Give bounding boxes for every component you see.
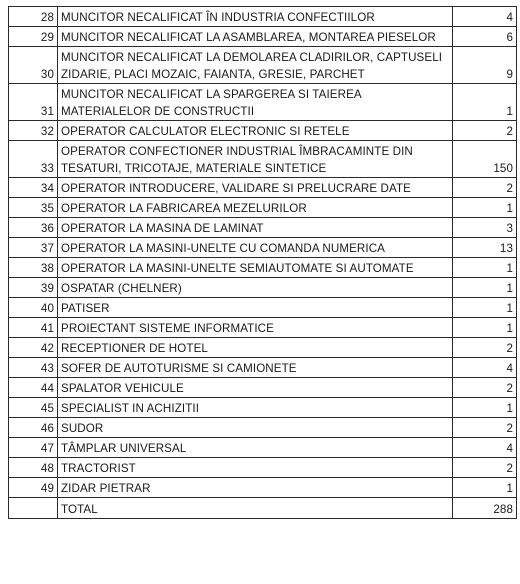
table-row: 34 OPERATOR INTRODUCERE, VALIDARE SI PRE… xyxy=(9,178,517,198)
row-number-cell: 43 xyxy=(9,358,58,378)
count-cell: 4 xyxy=(453,438,517,458)
count-cell: 4 xyxy=(453,358,517,378)
table-row: 33 OPERATOR CONFECTIONER INDUSTRIAL ÎMBR… xyxy=(9,141,517,178)
occupation-cell: TÂMPLAR UNIVERSAL xyxy=(58,438,453,458)
occupation-cell: OPERATOR LA MASINA DE LAMINAT xyxy=(58,218,453,238)
occupation-cell: OPERATOR CALCULATOR ELECTRONIC SI RETELE xyxy=(58,121,453,141)
table-row: 43 SOFER DE AUTOTURISME SI CAMIONETE 4 xyxy=(9,358,517,378)
occupation-cell: OPERATOR LA MASINI-UNELTE CU COMANDA NUM… xyxy=(58,238,453,258)
occupation-cell: MUNCITOR NECALIFICAT LA ASAMBLAREA, MONT… xyxy=(58,27,453,47)
count-cell: 2 xyxy=(453,121,517,141)
count-cell: 2 xyxy=(453,178,517,198)
table-row: 37 OPERATOR LA MASINI-UNELTE CU COMANDA … xyxy=(9,238,517,258)
row-number-cell: 31 xyxy=(9,84,58,121)
count-cell: 3 xyxy=(453,218,517,238)
table-row: 47 TÂMPLAR UNIVERSAL 4 xyxy=(9,438,517,458)
row-number-cell: 28 xyxy=(9,7,58,27)
job-vacancies-sheet: 28 MUNCITOR NECALIFICAT ÎN INDUSTRIA CON… xyxy=(8,6,516,519)
count-cell: 1 xyxy=(453,298,517,318)
count-cell: 150 xyxy=(453,141,517,178)
table-row: 39 OSPATAR (CHELNER) 1 xyxy=(9,278,517,298)
occupation-cell: OPERATOR CONFECTIONER INDUSTRIAL ÎMBRACA… xyxy=(58,141,453,178)
table-row: 31 MUNCITOR NECALIFICAT LA SPARGEREA SI … xyxy=(9,84,517,121)
table-row: 46 SUDOR 2 xyxy=(9,418,517,438)
occupation-cell: OPERATOR LA MASINI-UNELTE SEMIAUTOMATE S… xyxy=(58,258,453,278)
table-row: 40 PATISER 1 xyxy=(9,298,517,318)
count-cell: 13 xyxy=(453,238,517,258)
occupation-cell: PROIECTANT SISTEME INFORMATICE xyxy=(58,318,453,338)
occupation-cell: PATISER xyxy=(58,298,453,318)
table-row: 42 RECEPTIONER DE HOTEL 2 xyxy=(9,338,517,358)
count-cell: 1 xyxy=(453,398,517,418)
table-row: 36 OPERATOR LA MASINA DE LAMINAT 3 xyxy=(9,218,517,238)
row-number-cell: 30 xyxy=(9,47,58,84)
row-number-cell: 45 xyxy=(9,398,58,418)
occupation-cell: OPERATOR LA FABRICAREA MEZELURILOR xyxy=(58,198,453,218)
occupation-cell: SOFER DE AUTOTURISME SI CAMIONETE xyxy=(58,358,453,378)
table-row: 32 OPERATOR CALCULATOR ELECTRONIC SI RET… xyxy=(9,121,517,141)
table-row: 44 SPALATOR VEHICULE 2 xyxy=(9,378,517,398)
total-count-cell: 288 xyxy=(453,498,517,519)
count-cell: 1 xyxy=(453,478,517,498)
occupation-cell: SPALATOR VEHICULE xyxy=(58,378,453,398)
count-cell: 2 xyxy=(453,418,517,438)
row-number-cell: 35 xyxy=(9,198,58,218)
occupation-cell: TRACTORIST xyxy=(58,458,453,478)
table-row: 41 PROIECTANT SISTEME INFORMATICE 1 xyxy=(9,318,517,338)
row-number-cell: 49 xyxy=(9,478,58,498)
count-cell: 1 xyxy=(453,198,517,218)
job-vacancies-table: 28 MUNCITOR NECALIFICAT ÎN INDUSTRIA CON… xyxy=(8,6,517,519)
occupation-cell: MUNCITOR NECALIFICAT ÎN INDUSTRIA CONFEC… xyxy=(58,7,453,27)
row-number-cell: 36 xyxy=(9,218,58,238)
row-number-cell: 46 xyxy=(9,418,58,438)
row-number-cell: 41 xyxy=(9,318,58,338)
count-cell: 1 xyxy=(453,318,517,338)
total-number-cell xyxy=(9,498,58,519)
row-number-cell: 40 xyxy=(9,298,58,318)
table-row: 35 OPERATOR LA FABRICAREA MEZELURILOR 1 xyxy=(9,198,517,218)
row-number-cell: 42 xyxy=(9,338,58,358)
table-row: 49 ZIDAR PIETRAR 1 xyxy=(9,478,517,498)
count-cell: 6 xyxy=(453,27,517,47)
occupation-cell: RECEPTIONER DE HOTEL xyxy=(58,338,453,358)
occupation-cell: OPERATOR INTRODUCERE, VALIDARE SI PRELUC… xyxy=(58,178,453,198)
row-number-cell: 37 xyxy=(9,238,58,258)
row-number-cell: 29 xyxy=(9,27,58,47)
occupation-cell: MUNCITOR NECALIFICAT LA SPARGEREA SI TAI… xyxy=(58,84,453,121)
row-number-cell: 48 xyxy=(9,458,58,478)
count-cell: 9 xyxy=(453,47,517,84)
occupation-cell: OSPATAR (CHELNER) xyxy=(58,278,453,298)
count-cell: 4 xyxy=(453,7,517,27)
count-cell: 1 xyxy=(453,278,517,298)
table-body: 28 MUNCITOR NECALIFICAT ÎN INDUSTRIA CON… xyxy=(9,7,517,519)
count-cell: 2 xyxy=(453,378,517,398)
occupation-cell: MUNCITOR NECALIFICAT LA DEMOLAREA CLADIR… xyxy=(58,47,453,84)
table-row: 48 TRACTORIST 2 xyxy=(9,458,517,478)
table-row: 30 MUNCITOR NECALIFICAT LA DEMOLAREA CLA… xyxy=(9,47,517,84)
row-number-cell: 47 xyxy=(9,438,58,458)
row-number-cell: 38 xyxy=(9,258,58,278)
count-cell: 1 xyxy=(453,84,517,121)
table-row: 28 MUNCITOR NECALIFICAT ÎN INDUSTRIA CON… xyxy=(9,7,517,27)
count-cell: 2 xyxy=(453,338,517,358)
row-number-cell: 34 xyxy=(9,178,58,198)
row-number-cell: 39 xyxy=(9,278,58,298)
table-row: 45 SPECIALIST IN ACHIZITII 1 xyxy=(9,398,517,418)
row-number-cell: 44 xyxy=(9,378,58,398)
table-row: 38 OPERATOR LA MASINI-UNELTE SEMIAUTOMAT… xyxy=(9,258,517,278)
total-row: TOTAL 288 xyxy=(9,498,517,519)
count-cell: 1 xyxy=(453,258,517,278)
table-row: 29 MUNCITOR NECALIFICAT LA ASAMBLAREA, M… xyxy=(9,27,517,47)
row-number-cell: 33 xyxy=(9,141,58,178)
occupation-cell: SUDOR xyxy=(58,418,453,438)
occupation-cell: ZIDAR PIETRAR xyxy=(58,478,453,498)
row-number-cell: 32 xyxy=(9,121,58,141)
count-cell: 2 xyxy=(453,458,517,478)
total-label-cell: TOTAL xyxy=(58,498,453,519)
occupation-cell: SPECIALIST IN ACHIZITII xyxy=(58,398,453,418)
